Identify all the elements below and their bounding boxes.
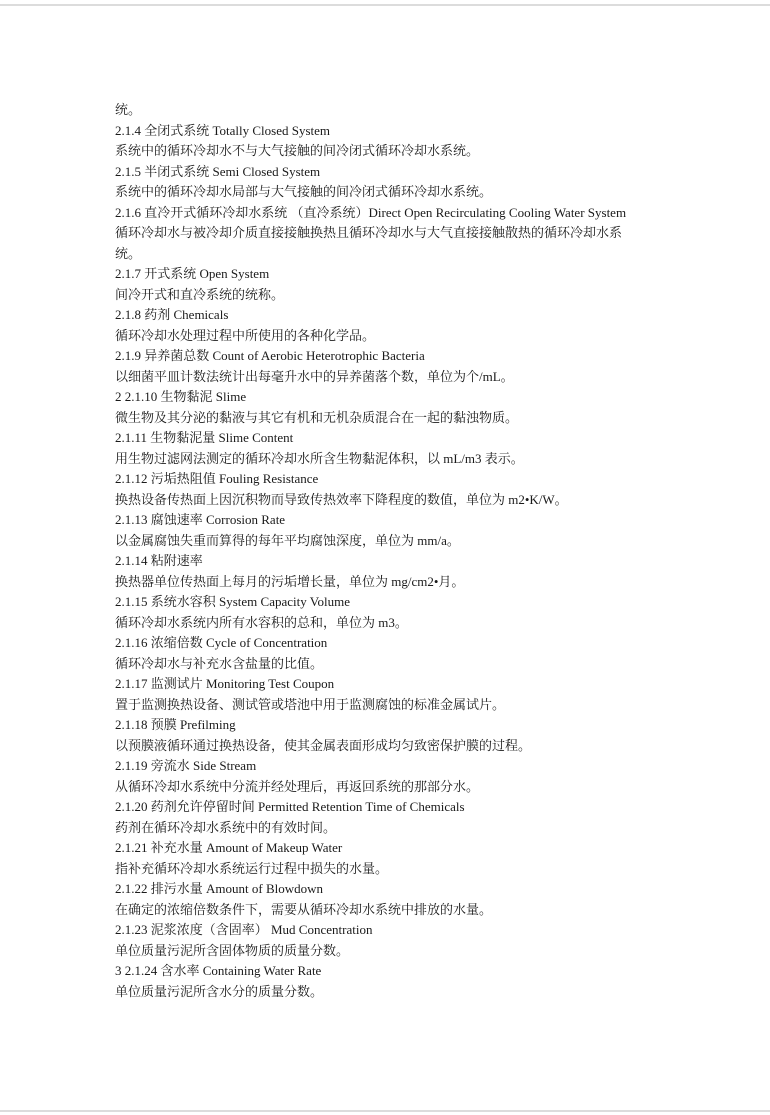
- term-heading: 2.1.5 半闭式系统 Semi Closed System: [115, 162, 675, 183]
- term-heading: 2.1.16 浓缩倍数 Cycle of Concentration: [115, 633, 675, 654]
- term-heading: 2.1.19 旁流水 Side Stream: [115, 756, 675, 777]
- term-definition: 用生物过滤网法测定的循环冷却水所含生物黏泥体积，以 mL/m3 表示。: [115, 449, 675, 470]
- term-definition: 以金属腐蚀失重而算得的每年平均腐蚀深度，单位为 mm/a。: [115, 531, 675, 552]
- term-heading: 2.1.15 系统水容积 System Capacity Volume: [115, 592, 675, 613]
- term-definition: 单位质量污泥所含固体物质的质量分数。: [115, 941, 675, 962]
- term-definition: 单位质量污泥所含水分的质量分数。: [115, 982, 675, 1003]
- term-definition: 循环冷却水系统内所有水容积的总和，单位为 m3。: [115, 613, 675, 634]
- term-definition: 统。: [115, 244, 675, 265]
- term-definition: 循环冷却水与被冷却介质直接接触换热且循环冷却水与大气直接接触散热的循环冷却水系: [115, 223, 675, 244]
- text-line: 统。: [115, 100, 675, 121]
- term-definition: 微生物及其分泌的黏液与其它有机和无机杂质混合在一起的黏浊物质。: [115, 408, 675, 429]
- term-heading: 2.1.12 污垢热阻值 Fouling Resistance: [115, 469, 675, 490]
- term-heading: 2.1.22 排污水量 Amount of Blowdown: [115, 879, 675, 900]
- page-top-border: [0, 4, 770, 6]
- term-heading: 2.1.6 直冷开式循环冷却水系统 （直冷系统）Direct Open Reci…: [115, 203, 675, 224]
- term-heading: 2.1.21 补充水量 Amount of Makeup Water: [115, 838, 675, 859]
- term-definition: 在确定的浓缩倍数条件下，需要从循环冷却水系统中排放的水量。: [115, 900, 675, 921]
- term-heading: 2.1.4 全闭式系统 Totally Closed System: [115, 121, 675, 142]
- term-heading: 3 2.1.24 含水率 Containing Water Rate: [115, 961, 675, 982]
- term-definition: 循环冷却水与补充水含盐量的比值。: [115, 654, 675, 675]
- term-definition: 系统中的循环冷却水局部与大气接触的间冷闭式循环冷却水系统。: [115, 182, 675, 203]
- term-definition: 系统中的循环冷却水不与大气接触的间冷闭式循环冷却水系统。: [115, 141, 675, 162]
- term-definition: 换热器单位传热面上每月的污垢增长量，单位为 mg/cm2•月。: [115, 572, 675, 593]
- document-page: 统。 2.1.4 全闭式系统 Totally Closed System 系统中…: [115, 100, 675, 1002]
- term-heading: 2.1.14 粘附速率: [115, 551, 675, 572]
- term-definition: 换热设备传热面上因沉积物而导致传热效率下降程度的数值，单位为 m2•K/W。: [115, 490, 675, 511]
- term-definition: 循环冷却水处理过程中所使用的各种化学品。: [115, 326, 675, 347]
- term-heading: 2.1.8 药剂 Chemicals: [115, 305, 675, 326]
- term-heading: 2.1.13 腐蚀速率 Corrosion Rate: [115, 510, 675, 531]
- page-bottom-border: [0, 1110, 770, 1112]
- term-definition: 药剂在循环冷却水系统中的有效时间。: [115, 818, 675, 839]
- term-heading: 2 2.1.10 生物黏泥 Slime: [115, 387, 675, 408]
- term-heading: 2.1.23 泥浆浓度（含固率） Mud Concentration: [115, 920, 675, 941]
- term-heading: 2.1.18 预膜 Prefilming: [115, 715, 675, 736]
- term-heading: 2.1.7 开式系统 Open System: [115, 264, 675, 285]
- term-definition: 以细菌平皿计数法统计出每毫升水中的异养菌落个数，单位为个/mL。: [115, 367, 675, 388]
- term-definition: 置于监测换热设备、测试管或塔池中用于监测腐蚀的标准金属试片。: [115, 695, 675, 716]
- term-heading: 2.1.20 药剂允许停留时间 Permitted Retention Time…: [115, 797, 675, 818]
- term-heading: 2.1.11 生物黏泥量 Slime Content: [115, 428, 675, 449]
- term-definition: 间冷开式和直冷系统的统称。: [115, 285, 675, 306]
- term-heading: 2.1.9 异养菌总数 Count of Aerobic Heterotroph…: [115, 346, 675, 367]
- term-definition: 以预膜液循环通过换热设备，使其金属表面形成均匀致密保护膜的过程。: [115, 736, 675, 757]
- term-definition: 从循环冷却水系统中分流并经处理后，再返回系统的那部分水。: [115, 777, 675, 798]
- term-heading: 2.1.17 监测试片 Monitoring Test Coupon: [115, 674, 675, 695]
- term-definition: 指补充循环冷却水系统运行过程中损失的水量。: [115, 859, 675, 880]
